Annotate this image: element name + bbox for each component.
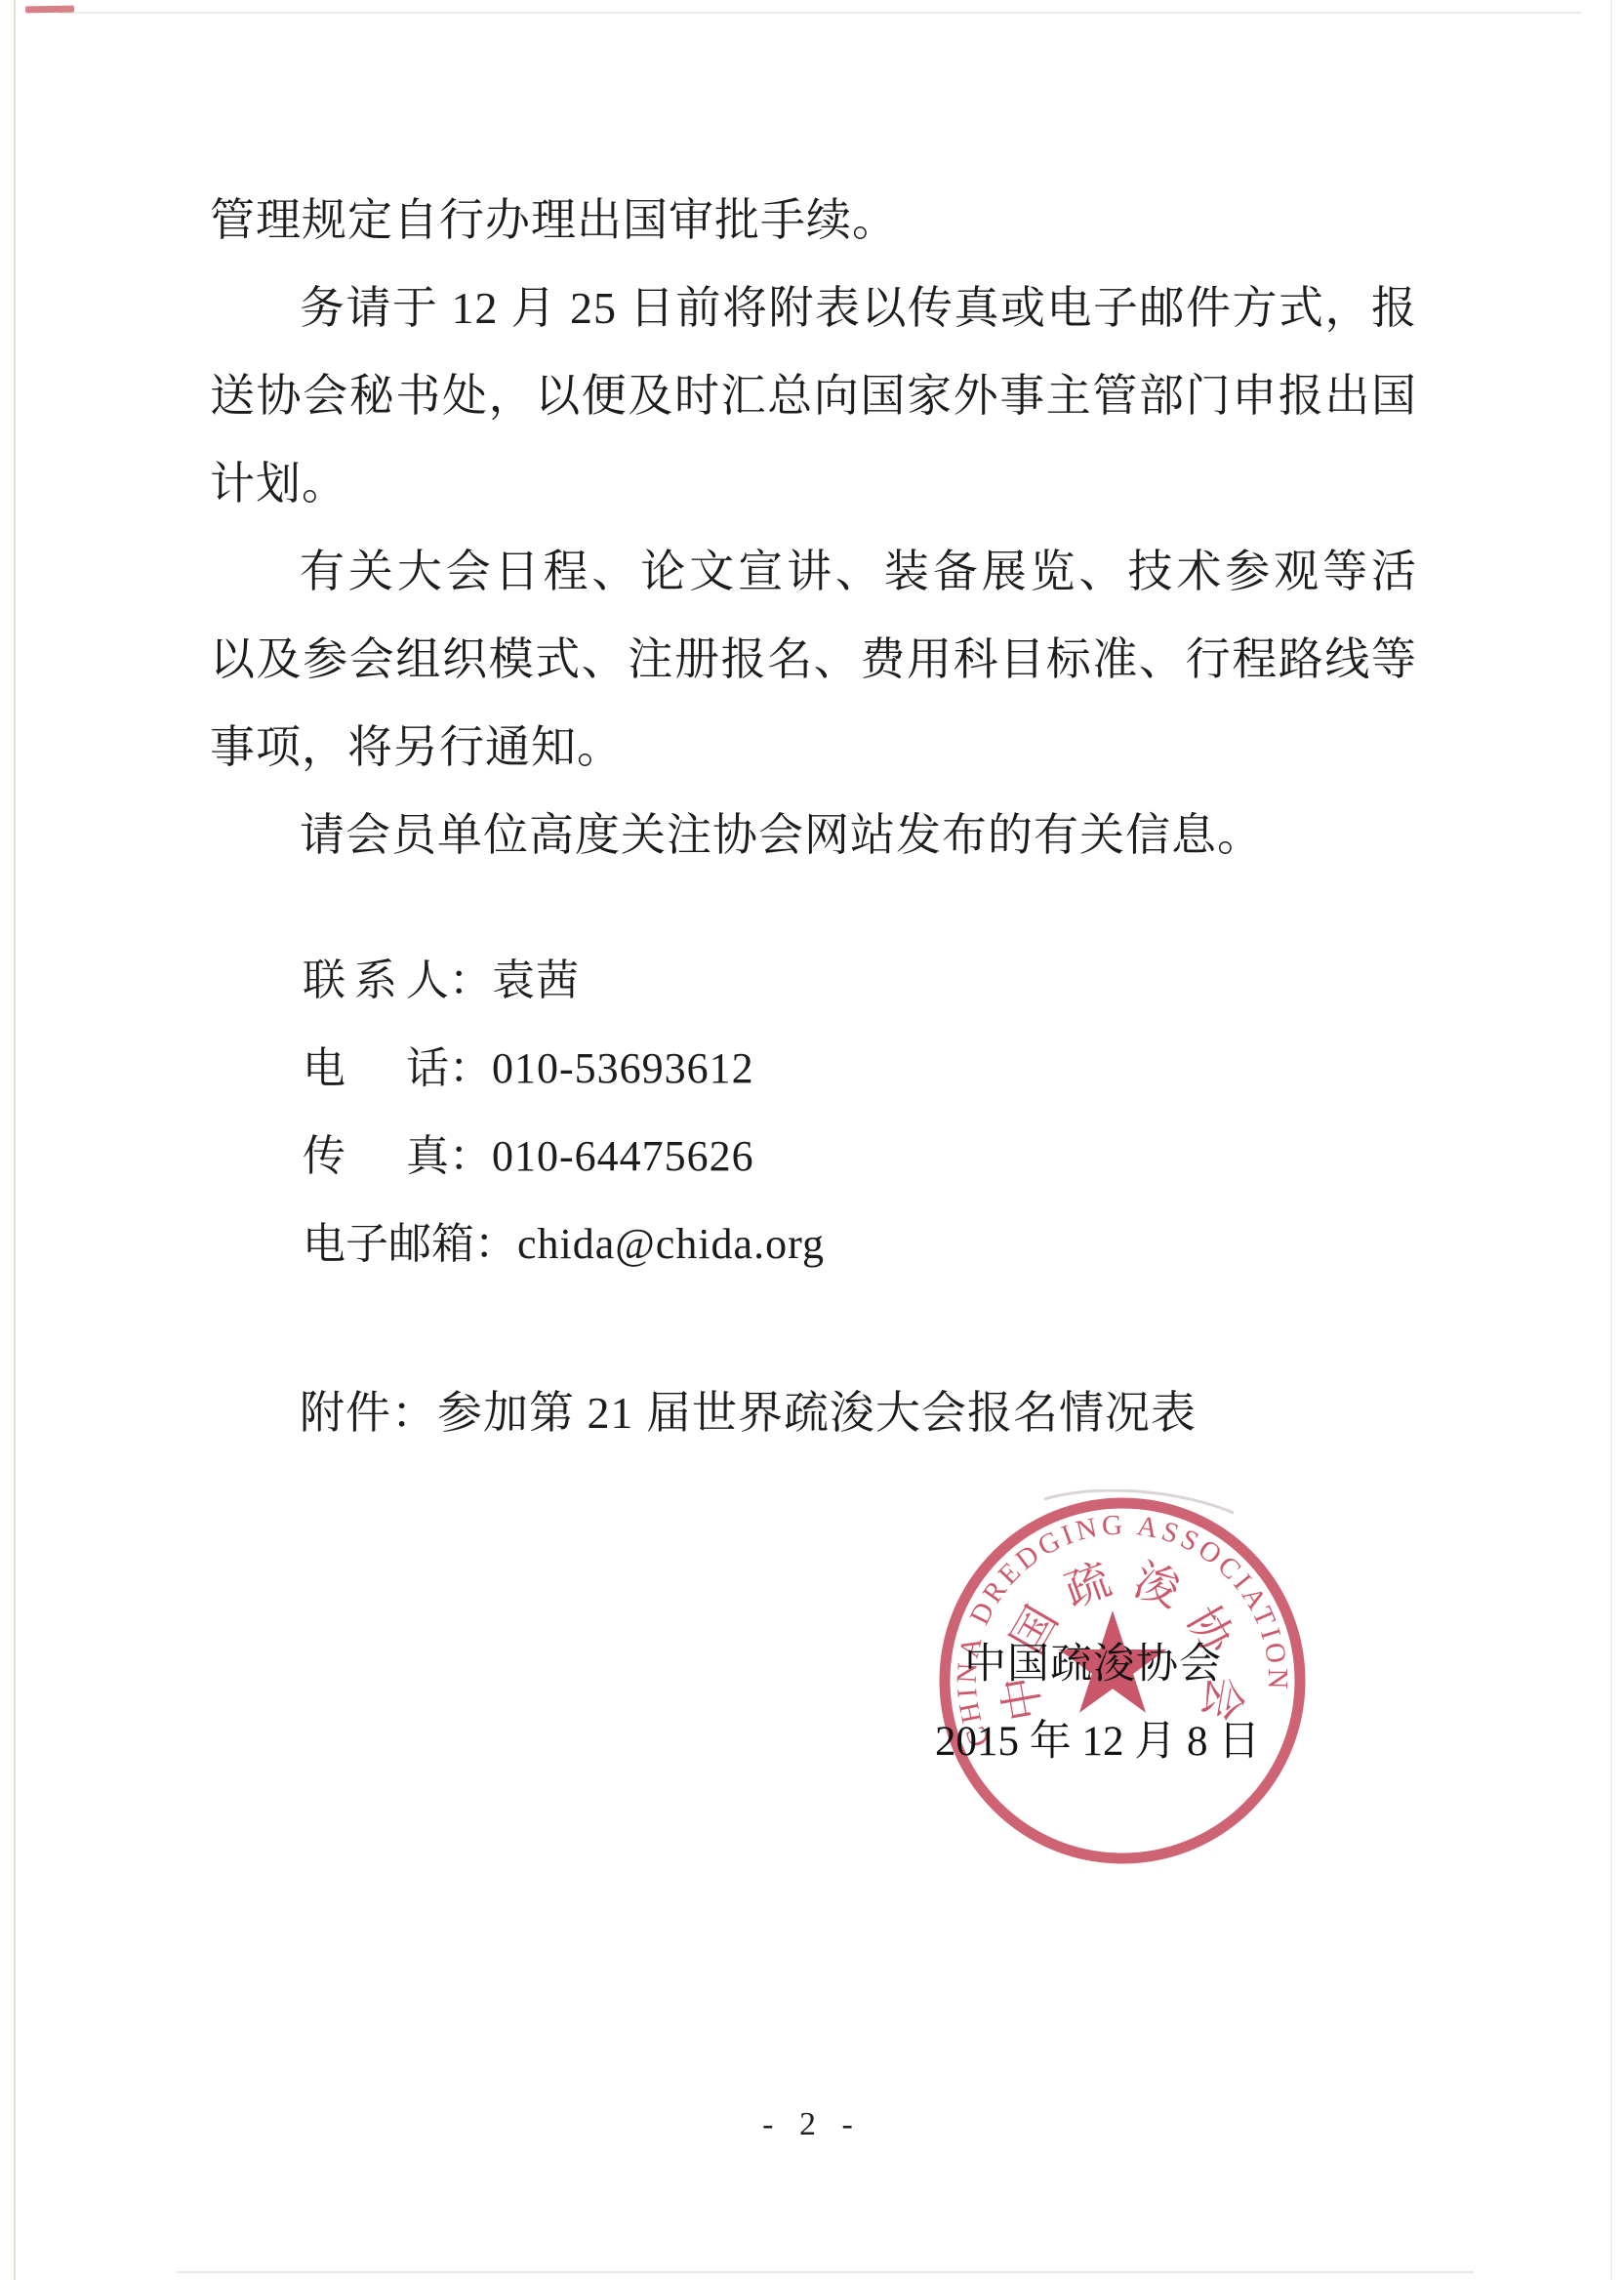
- body-line: 管理规定自行办理出国审批手续。: [210, 177, 1417, 265]
- scan-edge-artifact: [176, 2271, 1474, 2273]
- body-line: 送协会秘书处，以便及时汇总向国家外事主管部门申报出国: [210, 352, 1417, 440]
- scan-edge-artifact: [59, 12, 1581, 14]
- scan-red-mark-artifact: [25, 6, 74, 14]
- attachment-line: 附件：参加第 21 届世界疏浚大会报名情况表: [300, 1369, 1197, 1457]
- body-line: 务请于 12 月 25 日前将附表以传真或电子邮件方式，报: [210, 265, 1417, 352]
- contact-value: chida@chida.org: [517, 1220, 825, 1268]
- contact-colon: ：: [474, 1220, 517, 1268]
- contact-row: 传真：010-64475626: [303, 1113, 825, 1201]
- signature-org: 中国疏浚协会: [964, 1642, 1222, 1688]
- body-line: 有关大会日程、论文宣讲、装备展览、技术参观等活动，: [210, 528, 1417, 616]
- contact-value: 袁茜: [492, 957, 580, 1004]
- contact-label: 电话: [303, 1025, 449, 1113]
- body-line: 请会员单位高度关注协会网站发布的有关信息。: [210, 792, 1417, 879]
- scan-edge-artifact: [1610, 0, 1612, 2280]
- contact-label: 电子邮箱: [303, 1201, 474, 1288]
- contact-colon: ：: [449, 1044, 492, 1092]
- scan-edge-artifact: [14, 0, 16, 2280]
- contact-block: 联系人：袁茜电话：010-53693612传真：010-64475626电子邮箱…: [303, 937, 825, 1288]
- contact-row: 联系人：袁茜: [303, 937, 825, 1025]
- contact-colon: ：: [449, 957, 492, 1004]
- seal-char: 浚: [1127, 1554, 1187, 1616]
- contact-value: 010-53693612: [492, 1044, 754, 1092]
- body-line: 事项，将另行通知。: [210, 704, 1417, 792]
- document-page: 管理规定自行办理出国审批手续。务请于 12 月 25 日前将附表以传真或电子邮件…: [0, 0, 1624, 2280]
- contact-label: 传真: [303, 1113, 449, 1201]
- seal-fan-text: 中 国 疏 浚 协 会: [994, 1554, 1250, 1725]
- page-number: - 2 -: [0, 2106, 1624, 2143]
- contact-row: 电话：010-53693612: [303, 1025, 825, 1113]
- body-line: 以及参会组织模式、注册报名、费用科目标准、行程路线等: [210, 616, 1417, 704]
- signature-date: 2015 年 12 月 8 日: [935, 1719, 1260, 1765]
- contact-label: 联系人: [303, 937, 449, 1025]
- contact-row: 电子邮箱：chida@chida.org: [303, 1201, 825, 1288]
- contact-colon: ：: [449, 1132, 492, 1180]
- body-line: 计划。: [210, 440, 1417, 528]
- seal-char: 疏: [1058, 1554, 1117, 1616]
- letter-body: 管理规定自行办理出国审批手续。务请于 12 月 25 日前将附表以传真或电子邮件…: [210, 177, 1417, 879]
- contact-value: 010-64475626: [492, 1132, 754, 1180]
